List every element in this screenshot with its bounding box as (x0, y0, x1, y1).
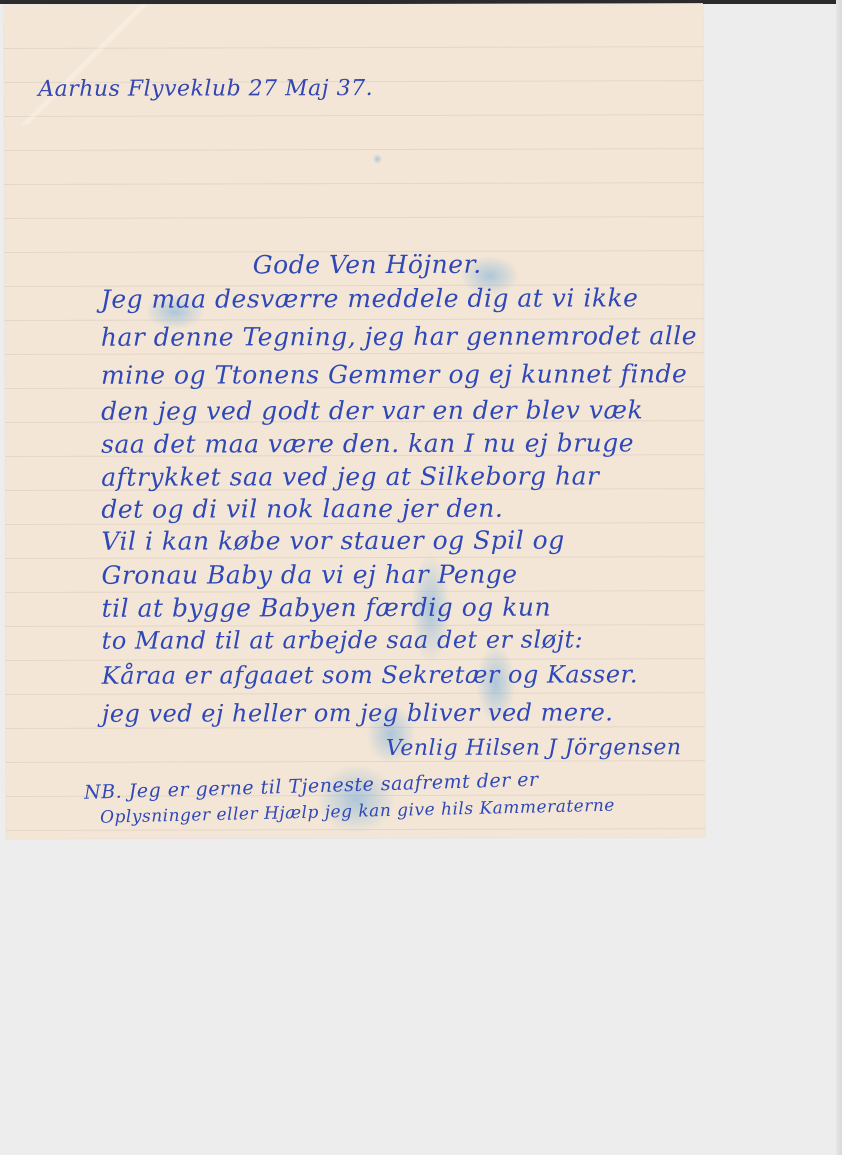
letter-body-line: det og di vil nok laane jer den. (101, 494, 503, 524)
paper-fold-crease (4, 5, 164, 125)
letter-body-line: jeg ved ej heller om jeg bliver ved mere… (102, 698, 614, 727)
letter-body-line: mine og Ttonens Gemmer og ej kunnet find… (101, 359, 687, 390)
letter-body-line: Gronau Baby da vi ej har Penge (101, 560, 517, 590)
letter-salutation: Gode Ven Höjner. (253, 250, 482, 280)
letter-body-line: to Mand til at arbejde saa det er sløjt: (102, 625, 584, 654)
scanner-bed-edge (836, 0, 842, 1155)
letter-paper: Aarhus Flyveklub 27 Maj 37. Gode Ven Höj… (4, 3, 705, 839)
letter-signature: Venlig Hilsen J Jörgensen (386, 735, 682, 761)
letter-header: Aarhus Flyveklub 27 Maj 37. (38, 76, 373, 102)
letter-body-line: saa det maa være den. kan I nu ej bruge (101, 428, 634, 458)
letter-body-line: Vil i kan købe vor stauer og Spil og (101, 526, 564, 556)
ink-dot (372, 154, 382, 164)
letter-body-line: aftrykket saa ved jeg at Silkeborg har (101, 461, 599, 491)
letter-body-line: til at bygge Babyen færdig og kun (102, 593, 552, 623)
letter-body-line: Jeg maa desværre meddele dig at vi ikke (101, 283, 639, 313)
letter-body-line: har denne Tegning, jeg har gennemrodet a… (101, 321, 697, 352)
letter-body-line: den jeg ved godt der var en der blev væk (101, 395, 643, 425)
letter-body-line: Kåraa er afgaaet som Sekretær og Kasser. (102, 660, 638, 689)
